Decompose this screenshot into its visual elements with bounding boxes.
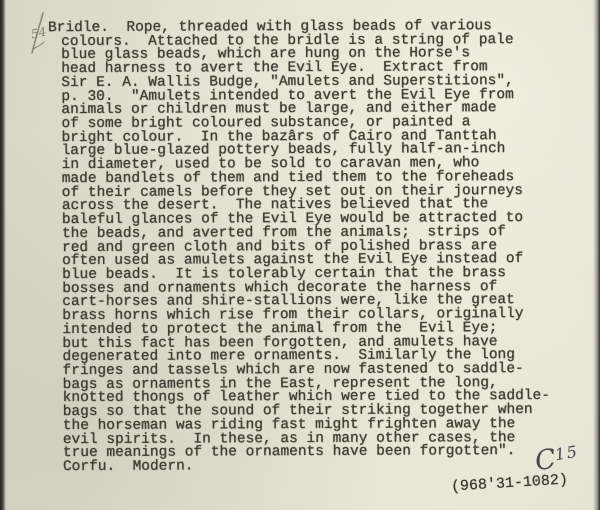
left-scan-edge — [0, 0, 6, 510]
typewritten-text: Bridle. Rope, threaded with glass beads … — [48, 20, 550, 475]
catalog-mark-number: 15 — [554, 442, 580, 464]
text-line: Corfu. Modern. — [50, 459, 550, 475]
right-scan-edge — [593, 0, 600, 510]
scanned-document: { "colors": { "paper": "#e2dfd1", "ink":… — [0, 0, 600, 510]
